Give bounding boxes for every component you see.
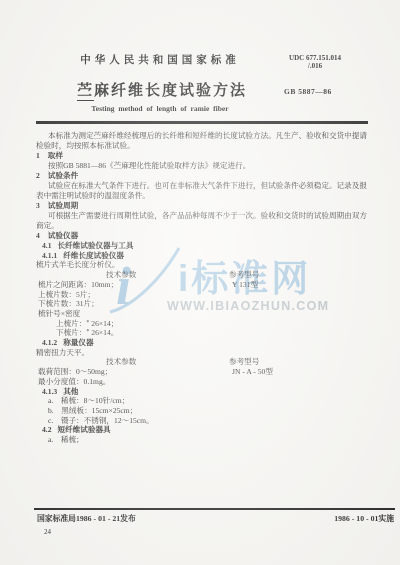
- ref-model-label: 参考型号: [229, 270, 259, 280]
- list-item: a. 稀梳；: [48, 435, 370, 445]
- document-body: 本标准为测定苎麻纤维经梳理后的长纤维和短纤维的长度试验方法。凡生产、验收和交货中…: [36, 131, 370, 445]
- intro-paragraph: 本标准为测定苎麻纤维经梳理后的长纤维和短纤维的长度试验方法。凡生产、验收和交货中…: [36, 131, 370, 151]
- list-item: c. 镊子：不锈钢，12～15cm。: [48, 416, 370, 426]
- param-row: 梳片之间距离：10mm； Y 131型: [38, 280, 370, 290]
- ref-model-label: 参考型号: [229, 357, 259, 367]
- section-4-1-1-heading: 4.1.1纤维长度试验仪器: [42, 251, 370, 261]
- footer-rule: [34, 508, 395, 510]
- param-row: 梳针号×密度: [38, 309, 370, 319]
- title-rest: 麻纤维长度试验方法: [94, 83, 247, 99]
- section-3-body: 可根据生产需要进行周期性试验，各产品品种每周不少于一次。验收和交货时的试验周期由…: [36, 211, 370, 231]
- udc-code: UDC 677.151.014 /.016: [283, 54, 347, 70]
- section-4-content: 4.1长纤维试验仪器与工具 4.1.1纤维长度试验仪器 梳片式羊毛长度分析仪。 …: [36, 241, 370, 445]
- list-item: b. 黑绒板：15cm×25cm；: [48, 406, 370, 416]
- section-3-heading: 3试验周期: [36, 201, 370, 211]
- device-name: 梳片式羊毛长度分析仪。: [36, 260, 370, 270]
- section-4-1-heading: 4.1长纤维试验仪器与工具: [42, 241, 370, 251]
- needle-gauge-mark: *: [86, 320, 89, 326]
- section-4-1-3-heading: 4.1.3其他: [42, 387, 370, 397]
- device-name: 精密扭力天平。: [36, 348, 370, 358]
- section-2-heading: 2试验条件: [36, 171, 370, 181]
- param-row: 最小分度值：0.1mg。: [38, 377, 370, 387]
- udc-line1: UDC 677.151.014: [283, 54, 347, 62]
- list-item: a. 稀梳：8～10针/cm；: [48, 396, 370, 406]
- section-2-body: 试验应在标准大气条件下进行。也可在非标准大气条件下进行，但试验条件必须稳定。记录…: [36, 181, 370, 201]
- model-value: Y 131型: [232, 280, 258, 290]
- param-row: 上梳片数：5片；: [38, 290, 370, 300]
- udc-line2: /.016: [283, 62, 347, 70]
- section-4-2-heading: 4.2短纤维试验器具: [42, 425, 370, 435]
- page-title: 苎麻纤维长度试验方法: [77, 79, 247, 100]
- section-1-body: 按照GB 5881—86《苎麻理化性能试验取样方法》规定进行。: [36, 161, 370, 171]
- param-row: 载荷范围：0～50mg； JN - A - 50型: [38, 367, 370, 377]
- title-first-char: 苎: [77, 83, 94, 101]
- english-subtitle: Testing method of length of ramie fiber: [91, 104, 228, 113]
- param-row: 上梳片：* 26×14；: [56, 319, 370, 329]
- tech-params-label: 技术参数: [106, 270, 136, 279]
- param-row: 下梳片：* 26×14。: [56, 328, 370, 338]
- section-4-heading: 4试验仪器: [36, 231, 370, 241]
- page-number: 24: [44, 528, 51, 536]
- header-rule: [36, 121, 368, 124]
- document-page: i i标准网 WWW.IBIAOZHUN.COM 中华人民共和国国家标准 UDC…: [0, 0, 400, 565]
- section-1-heading: 1取样: [36, 151, 370, 161]
- section-4-1-2-heading: 4.1.2称量仪器: [42, 338, 370, 348]
- standard-org-title: 中华人民共和国国家标准: [80, 52, 240, 67]
- standard-number: GB 5887—86: [284, 87, 332, 96]
- param-row: 下梳片数：31片；: [38, 299, 370, 309]
- needle-gauge-mark: *: [86, 329, 89, 335]
- param-table-header: 技术参数 参考型号: [36, 270, 370, 280]
- param-table-header: 技术参数 参考型号: [36, 357, 370, 367]
- tech-params-label: 技术参数: [106, 357, 136, 366]
- model-value: JN - A - 50型: [232, 367, 273, 377]
- issue-date: 国家标准局1986 - 01 - 21发布: [37, 513, 136, 524]
- effective-date: 1986 - 10 - 01实施: [334, 513, 394, 524]
